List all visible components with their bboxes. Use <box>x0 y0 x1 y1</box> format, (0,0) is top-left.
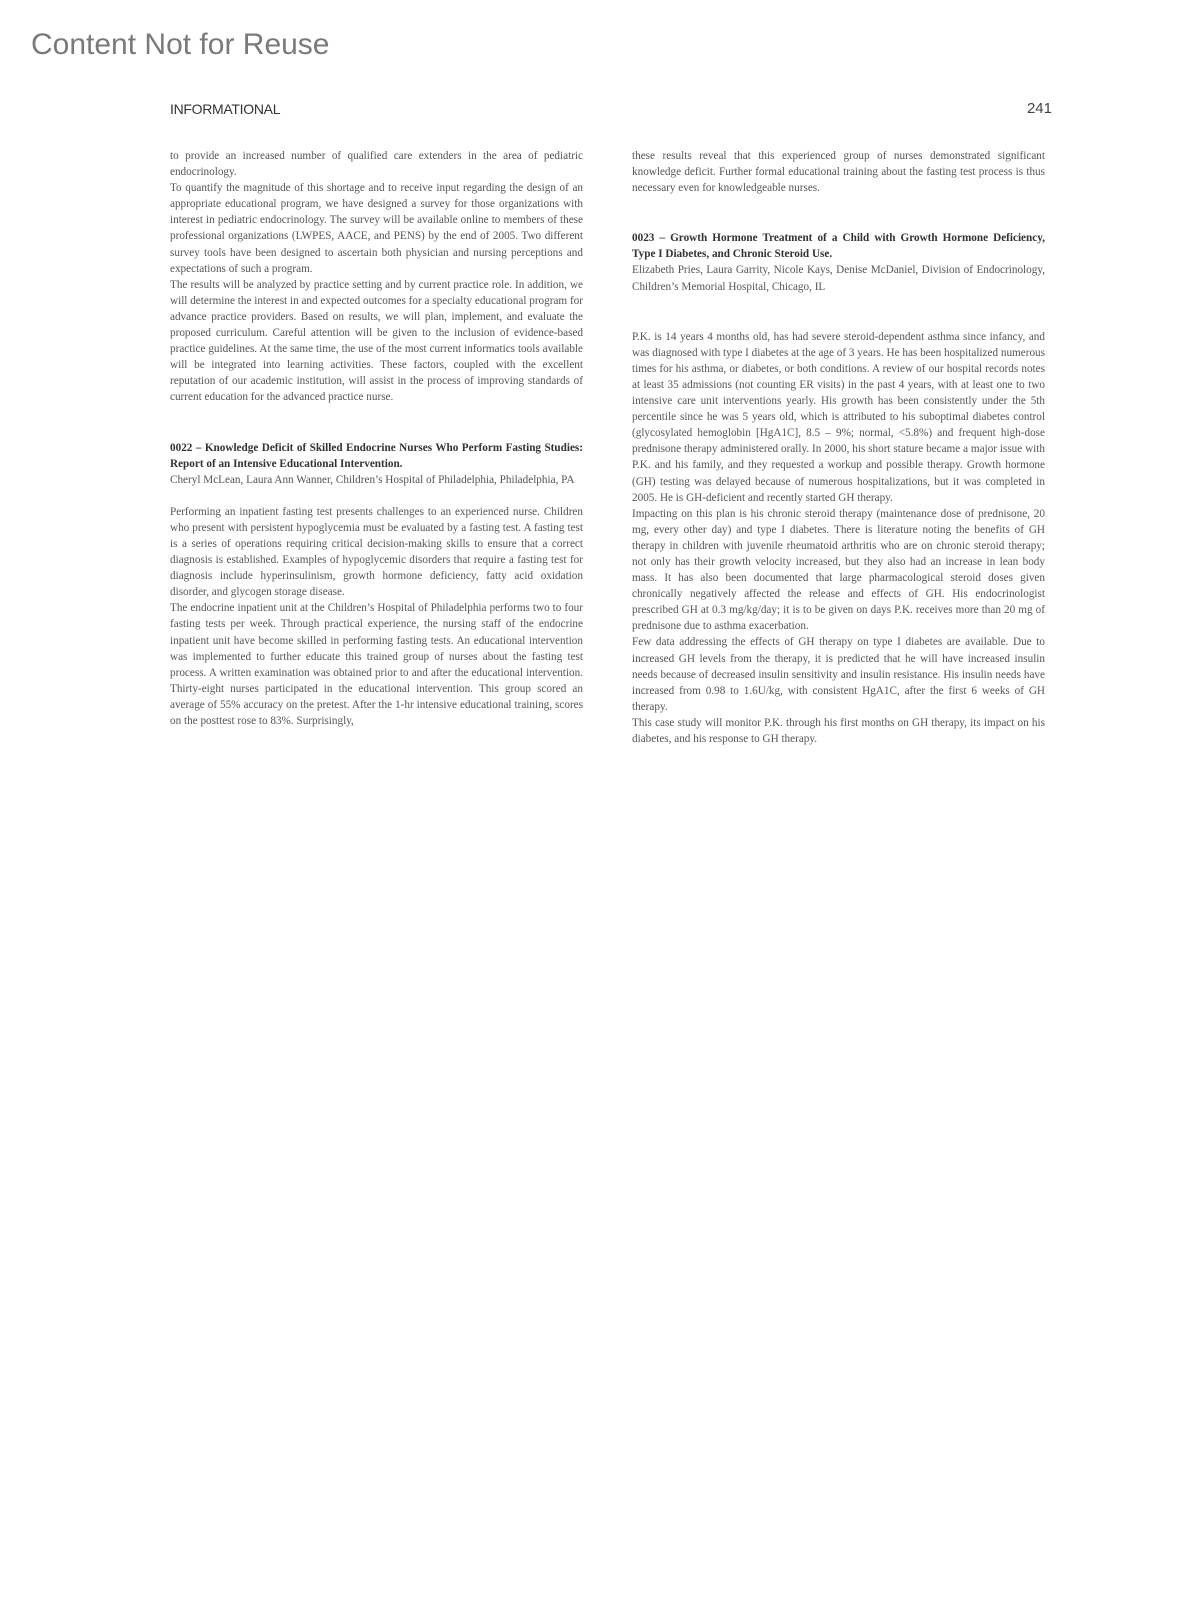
abstract-authors-0023: Elizabeth Pries, Laura Garrity, Nicole K… <box>632 262 1045 294</box>
watermark: Content Not for Reuse <box>31 28 330 62</box>
body-paragraph: The endocrine inpatient unit at the Chil… <box>170 600 583 729</box>
body-paragraph: Impacting on this plan is his chronic st… <box>632 506 1045 635</box>
abstract-authors-0022: Cheryl McLean, Laura Ann Wanner, Childre… <box>170 472 583 488</box>
abstract-title-0022: 0022 – Knowledge Deficit of Skilled Endo… <box>170 440 583 472</box>
body-paragraph: to provide an increased number of qualif… <box>170 148 583 180</box>
spacer <box>632 295 1045 329</box>
running-head-section: INFORMATIONAL <box>170 101 280 117</box>
body-paragraph: Performing an inpatient fasting test pre… <box>170 504 583 601</box>
body-paragraph: these results reveal that this experienc… <box>632 148 1045 196</box>
body-paragraph: To quantify the magnitude of this shorta… <box>170 180 583 277</box>
left-column: to provide an increased number of qualif… <box>170 148 583 729</box>
abstract-title-0023: 0023 – Growth Hormone Treatment of a Chi… <box>632 230 1045 262</box>
spacer <box>632 196 1045 230</box>
spacer <box>170 488 583 504</box>
page-number: 241 <box>1027 100 1052 117</box>
body-paragraph: The results will be analyzed by practice… <box>170 277 583 406</box>
body-paragraph: This case study will monitor P.K. throug… <box>632 715 1045 747</box>
body-paragraph: Few data addressing the effects of GH th… <box>632 634 1045 714</box>
body-paragraph: P.K. is 14 years 4 months old, has had s… <box>632 329 1045 506</box>
spacer <box>170 406 583 440</box>
right-column: these results reveal that this experienc… <box>632 148 1045 747</box>
